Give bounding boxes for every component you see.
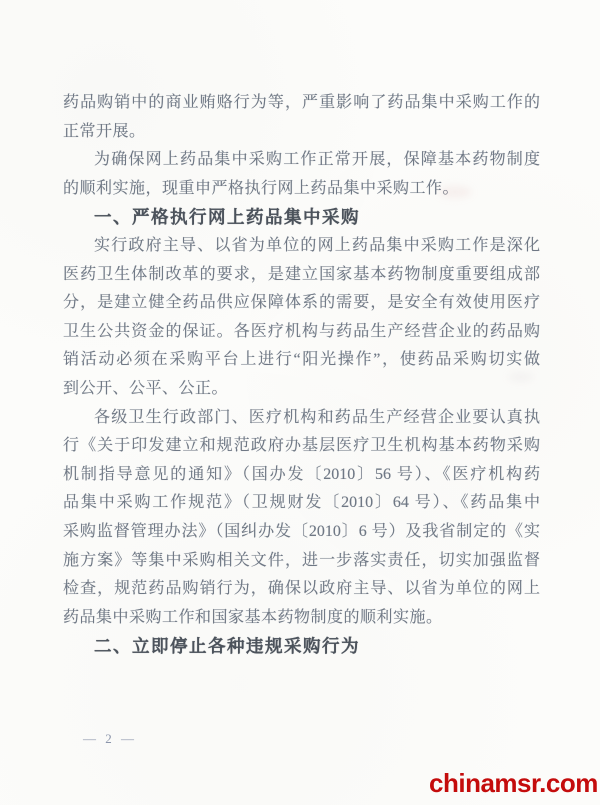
document-line: 行《关于印发建立和规范政府办基层医疗卫生机构基本药物采购 [63, 432, 540, 461]
document-line: 为确保网上药品集中采购工作正常开展，保障基本药物制度 [63, 146, 540, 175]
document-line: 分，是建立健全药品供应保障体系的需要，是安全有效使用医疗 [63, 289, 540, 318]
document-line: 的顺利实施，现重申严格执行网上药品集中采购工作。 [63, 175, 540, 204]
document-line: 检查，规范药品购销行为，确保以政府主导、以省为单位的网上 [63, 575, 540, 604]
document-line: 药品集中采购工作和国家基本药物制度的顺利实施。 [63, 604, 540, 633]
document-line: 二、立即停止各种违规采购行为 [63, 632, 540, 661]
document-line: 各级卫生行政部门、医疗机构和药品生产经营企业要认真执 [63, 404, 540, 433]
document-line: 正常开展。 [63, 118, 540, 147]
document-line: 到公开、公平、公正。 [63, 375, 540, 404]
document-line: 销活动必须在采购平台上进行“阳光操作”，使药品采购切实做 [63, 346, 540, 375]
document-line: 品集中采购工作规范》（卫规财发〔2010〕64 号）、《药品集中 [63, 489, 540, 518]
document-line: 采购监督管理办法》（国纠办发〔2010〕6 号）及我省制定的《实 [63, 518, 540, 547]
document-line: 医药卫生体制改革的要求，是建立国家基本药物制度重要组成部 [63, 261, 540, 290]
document-line: 实行政府主导、以省为单位的网上药品集中采购工作是深化 [63, 232, 540, 261]
scanned-document-page: 药品购销中的商业贿赂行为等，严重影响了药品集中采购工作的正常开展。为确保网上药品… [0, 0, 600, 805]
document-body: 药品购销中的商业贿赂行为等，严重影响了药品集中采购工作的正常开展。为确保网上药品… [63, 89, 540, 661]
page-number: — 2 — [83, 731, 137, 747]
document-line: 药品购销中的商业贿赂行为等，严重影响了药品集中采购工作的 [63, 89, 540, 118]
document-line: 施方案》等集中采购相关文件，进一步落实责任，切实加强监督 [63, 547, 540, 576]
chinamsr-watermark: chinamsr.com [429, 768, 598, 799]
document-line: 一、严格执行网上药品集中采购 [63, 203, 540, 232]
document-line: 机制指导意见的通知》（国办发〔2010〕56 号）、《医疗机构药 [63, 461, 540, 490]
document-line: 卫生公共资金的保证。各医疗机构与药品生产经营企业的药品购 [63, 318, 540, 347]
